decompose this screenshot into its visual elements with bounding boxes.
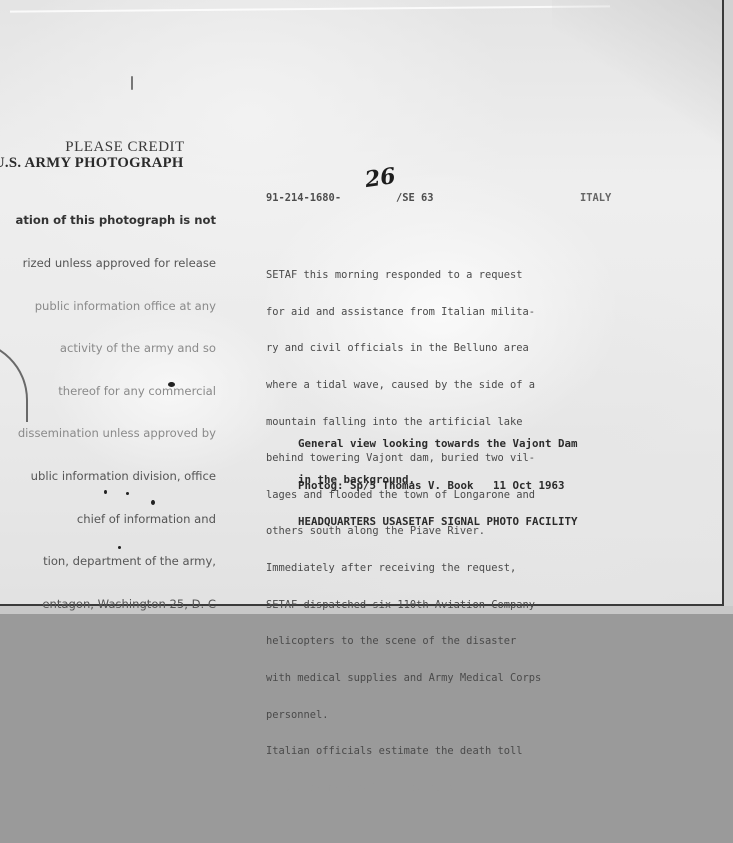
country-label: ITALY — [580, 192, 611, 204]
story-line: SETAF dispatched six 110th Aviation Comp… — [266, 599, 626, 611]
ink-speck — [126, 492, 129, 495]
story-line: where a tidal wave, caused by the side o… — [266, 379, 626, 391]
facility-line: HEADQUARTERS USASETAF SIGNAL PHOTO FACIL… — [298, 516, 578, 528]
stamp-title: PLEASE CREDIT — [0, 140, 226, 155]
credit-stamp: PLEASE CREDIT U.S. ARMY PHOTOGRAPH ation… — [0, 140, 226, 614]
stamp-line: public information office at any — [0, 299, 216, 313]
paper-fold-shadow — [552, 0, 722, 150]
stamp-line: activity of the army and so — [0, 341, 216, 355]
stamp-line: thereof for any commercial — [0, 384, 216, 398]
story-line: Immediately after receiving the request, — [266, 562, 626, 574]
stamp-line: dissemination unless approved by — [0, 426, 216, 440]
ink-speck — [151, 500, 155, 505]
stamp-subtitle: U.S. ARMY PHOTOGRAPH — [0, 155, 221, 171]
reference-suffix: /SE 63 — [396, 192, 434, 204]
paper-crease — [10, 5, 610, 12]
reference-line: 91-214-1680- 26 /SE 63 ITALY — [266, 190, 626, 204]
reference-id: 91-214-1680- — [266, 192, 341, 204]
stamp-line: ublic information division, office — [0, 469, 216, 483]
stamp-line: rized unless approved for release — [0, 256, 216, 270]
story-line: ry and civil officials in the Belluno ar… — [266, 342, 626, 354]
stamp-line: entagon, Washington 25, D. C — [0, 597, 216, 611]
ink-speck — [118, 546, 121, 549]
photographer-line: Photog: Sp/5 Thomas V. Book 11 Oct 1963 — [298, 480, 578, 492]
handwritten-number: 26 — [364, 170, 396, 186]
ink-speck — [168, 382, 175, 387]
stamp-line: ation of this photograph is not — [0, 213, 216, 227]
story-line: for aid and assistance from Italian mili… — [266, 306, 626, 318]
stamp-line: tion, department of the army, — [0, 554, 216, 568]
story-line: SETAF this morning responded to a reques… — [266, 269, 626, 281]
ink-speck — [104, 490, 107, 494]
document-sheet: PLEASE CREDIT U.S. ARMY PHOTOGRAPH ation… — [0, 0, 724, 606]
stamp-body: ation of this photograph is not rized un… — [0, 185, 216, 614]
photo-caption-line: General view looking towards the Vajont … — [298, 438, 578, 450]
stamp-line: chief of information and — [0, 512, 216, 526]
paper-mark — [131, 76, 133, 90]
photo-credit: Photog: Sp/5 Thomas V. Book 11 Oct 1963 … — [298, 456, 578, 552]
scan-edge-right — [724, 0, 733, 614]
